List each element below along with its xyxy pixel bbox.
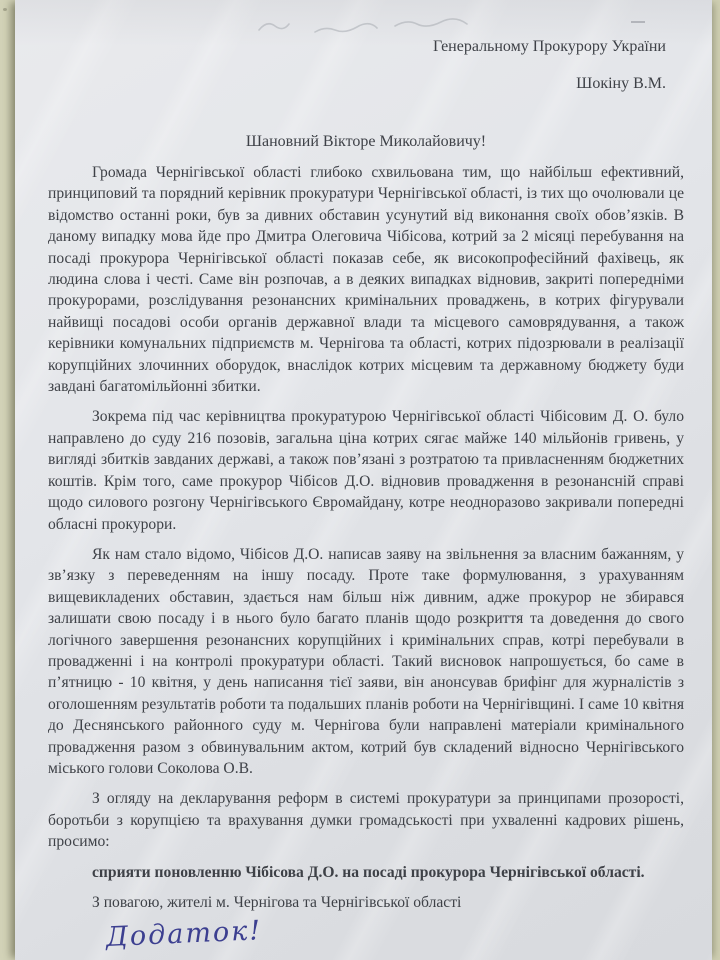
recipient-name: Шокіну В.М.: [48, 65, 666, 102]
paragraph-1: Громада Чернігівської області глибоко сх…: [48, 162, 684, 397]
scanned-letter-page: Генеральному Прокурору України Шокіну В.…: [15, 0, 712, 960]
scan-speck: [3, 8, 7, 11]
letter-body: Громада Чернігівської області глибоко сх…: [48, 162, 684, 913]
paragraph-3: Як нам стало відомо, Чібісов Д.О. написа…: [48, 544, 684, 779]
paragraph-4: З огляду на декларування реформ в систем…: [48, 788, 684, 852]
salutation: Шановний Вікторе Миколайовичу!: [48, 133, 684, 151]
closing-line: З повагою, жителі м. Чернігова та Черніг…: [48, 892, 684, 913]
letter-content: Генеральному Прокурору України Шокіну В.…: [48, 0, 684, 953]
recipient-block: Генеральному Прокурору України Шокіну В.…: [48, 28, 684, 102]
request-line: сприяти поновленню Чібісова Д.О. на поса…: [48, 862, 684, 883]
handwritten-note: Додаток!: [105, 916, 256, 954]
recipient-title: Генеральному Прокурору України: [48, 28, 666, 65]
paragraph-2: Зокрема під час керівництва прокуратурою…: [48, 406, 684, 534]
